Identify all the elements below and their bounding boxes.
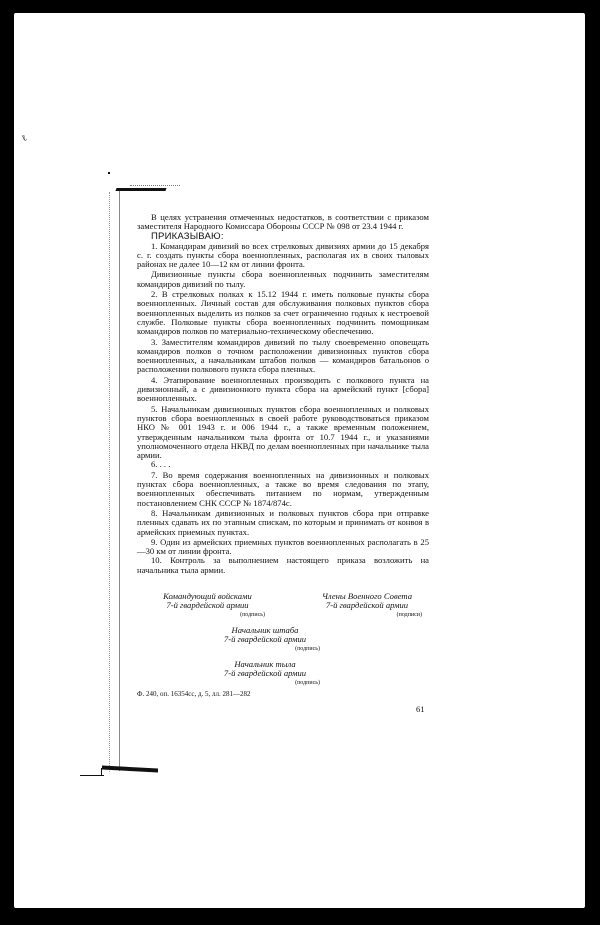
paragraph-10: 10. Контроль за выполнением настоящего п… (137, 556, 429, 575)
page-number: 61 (416, 704, 425, 714)
paragraph-4: 4. Этапирование военнопленных производит… (137, 376, 429, 404)
paragraph-6: 6. . . . (137, 460, 429, 469)
signature-note: (подпись) (210, 679, 320, 688)
signature-military-council: Члены Военного Совета 7-й гвардейской ар… (312, 592, 422, 620)
paragraph-7: 7. Во время содержания военнопленных на … (137, 471, 429, 508)
paragraph-5: 5. Начальникам дивизионных пунктов сбора… (137, 405, 429, 461)
signature-unit: 7-й гвардейской армии (210, 669, 320, 678)
paragraph-1: 1. Командирам дивизий во всех стрелковых… (137, 242, 429, 270)
crop-mark-top (115, 188, 166, 191)
margin-dotted-line (109, 192, 111, 772)
crop-mark-bottom-left (80, 775, 104, 776)
paragraph-9: 9. Один из армейских приемных пунктов во… (137, 538, 429, 557)
signature-unit: 7-й гвардейской армии (150, 601, 265, 610)
document-body: В целях устранения отмеченных недостатко… (137, 213, 429, 575)
signature-commander: Командующий войсками 7-й гвардейской арм… (150, 592, 265, 620)
signature-chief-of-staff: Начальник штаба 7-й гвардейской армии (п… (210, 626, 320, 654)
paragraph-2: 2. В стрелковых полках к 15.12 1944 г. и… (137, 290, 429, 336)
scan-speck (108, 172, 110, 174)
signature-unit: 7-й гвардейской армии (312, 601, 422, 610)
margin-vertical-line (119, 191, 120, 771)
signature-note: (подпись) (210, 645, 320, 654)
paragraph-1b: Дивизионные пункты сбора военнопленных п… (137, 270, 429, 289)
signature-note: (подпись) (150, 611, 265, 620)
signature-chief-of-rear: Начальник тыла 7-й гвардейской армии (по… (210, 660, 320, 688)
signature-note: (подписи) (312, 611, 422, 620)
paragraph-3: 3. Заместителям командиров дивизий по ты… (137, 338, 429, 375)
archive-source-reference: Ф. 240, оп. 16354сс, д. 5, лл. 281—282 (137, 690, 251, 698)
paragraph-8: 8. Начальникам дивизионных и полковых пу… (137, 509, 429, 537)
signature-unit: 7-й гвардейской армии (210, 635, 320, 644)
intro-paragraph: В целях устранения отмеченных недостатко… (137, 213, 429, 232)
